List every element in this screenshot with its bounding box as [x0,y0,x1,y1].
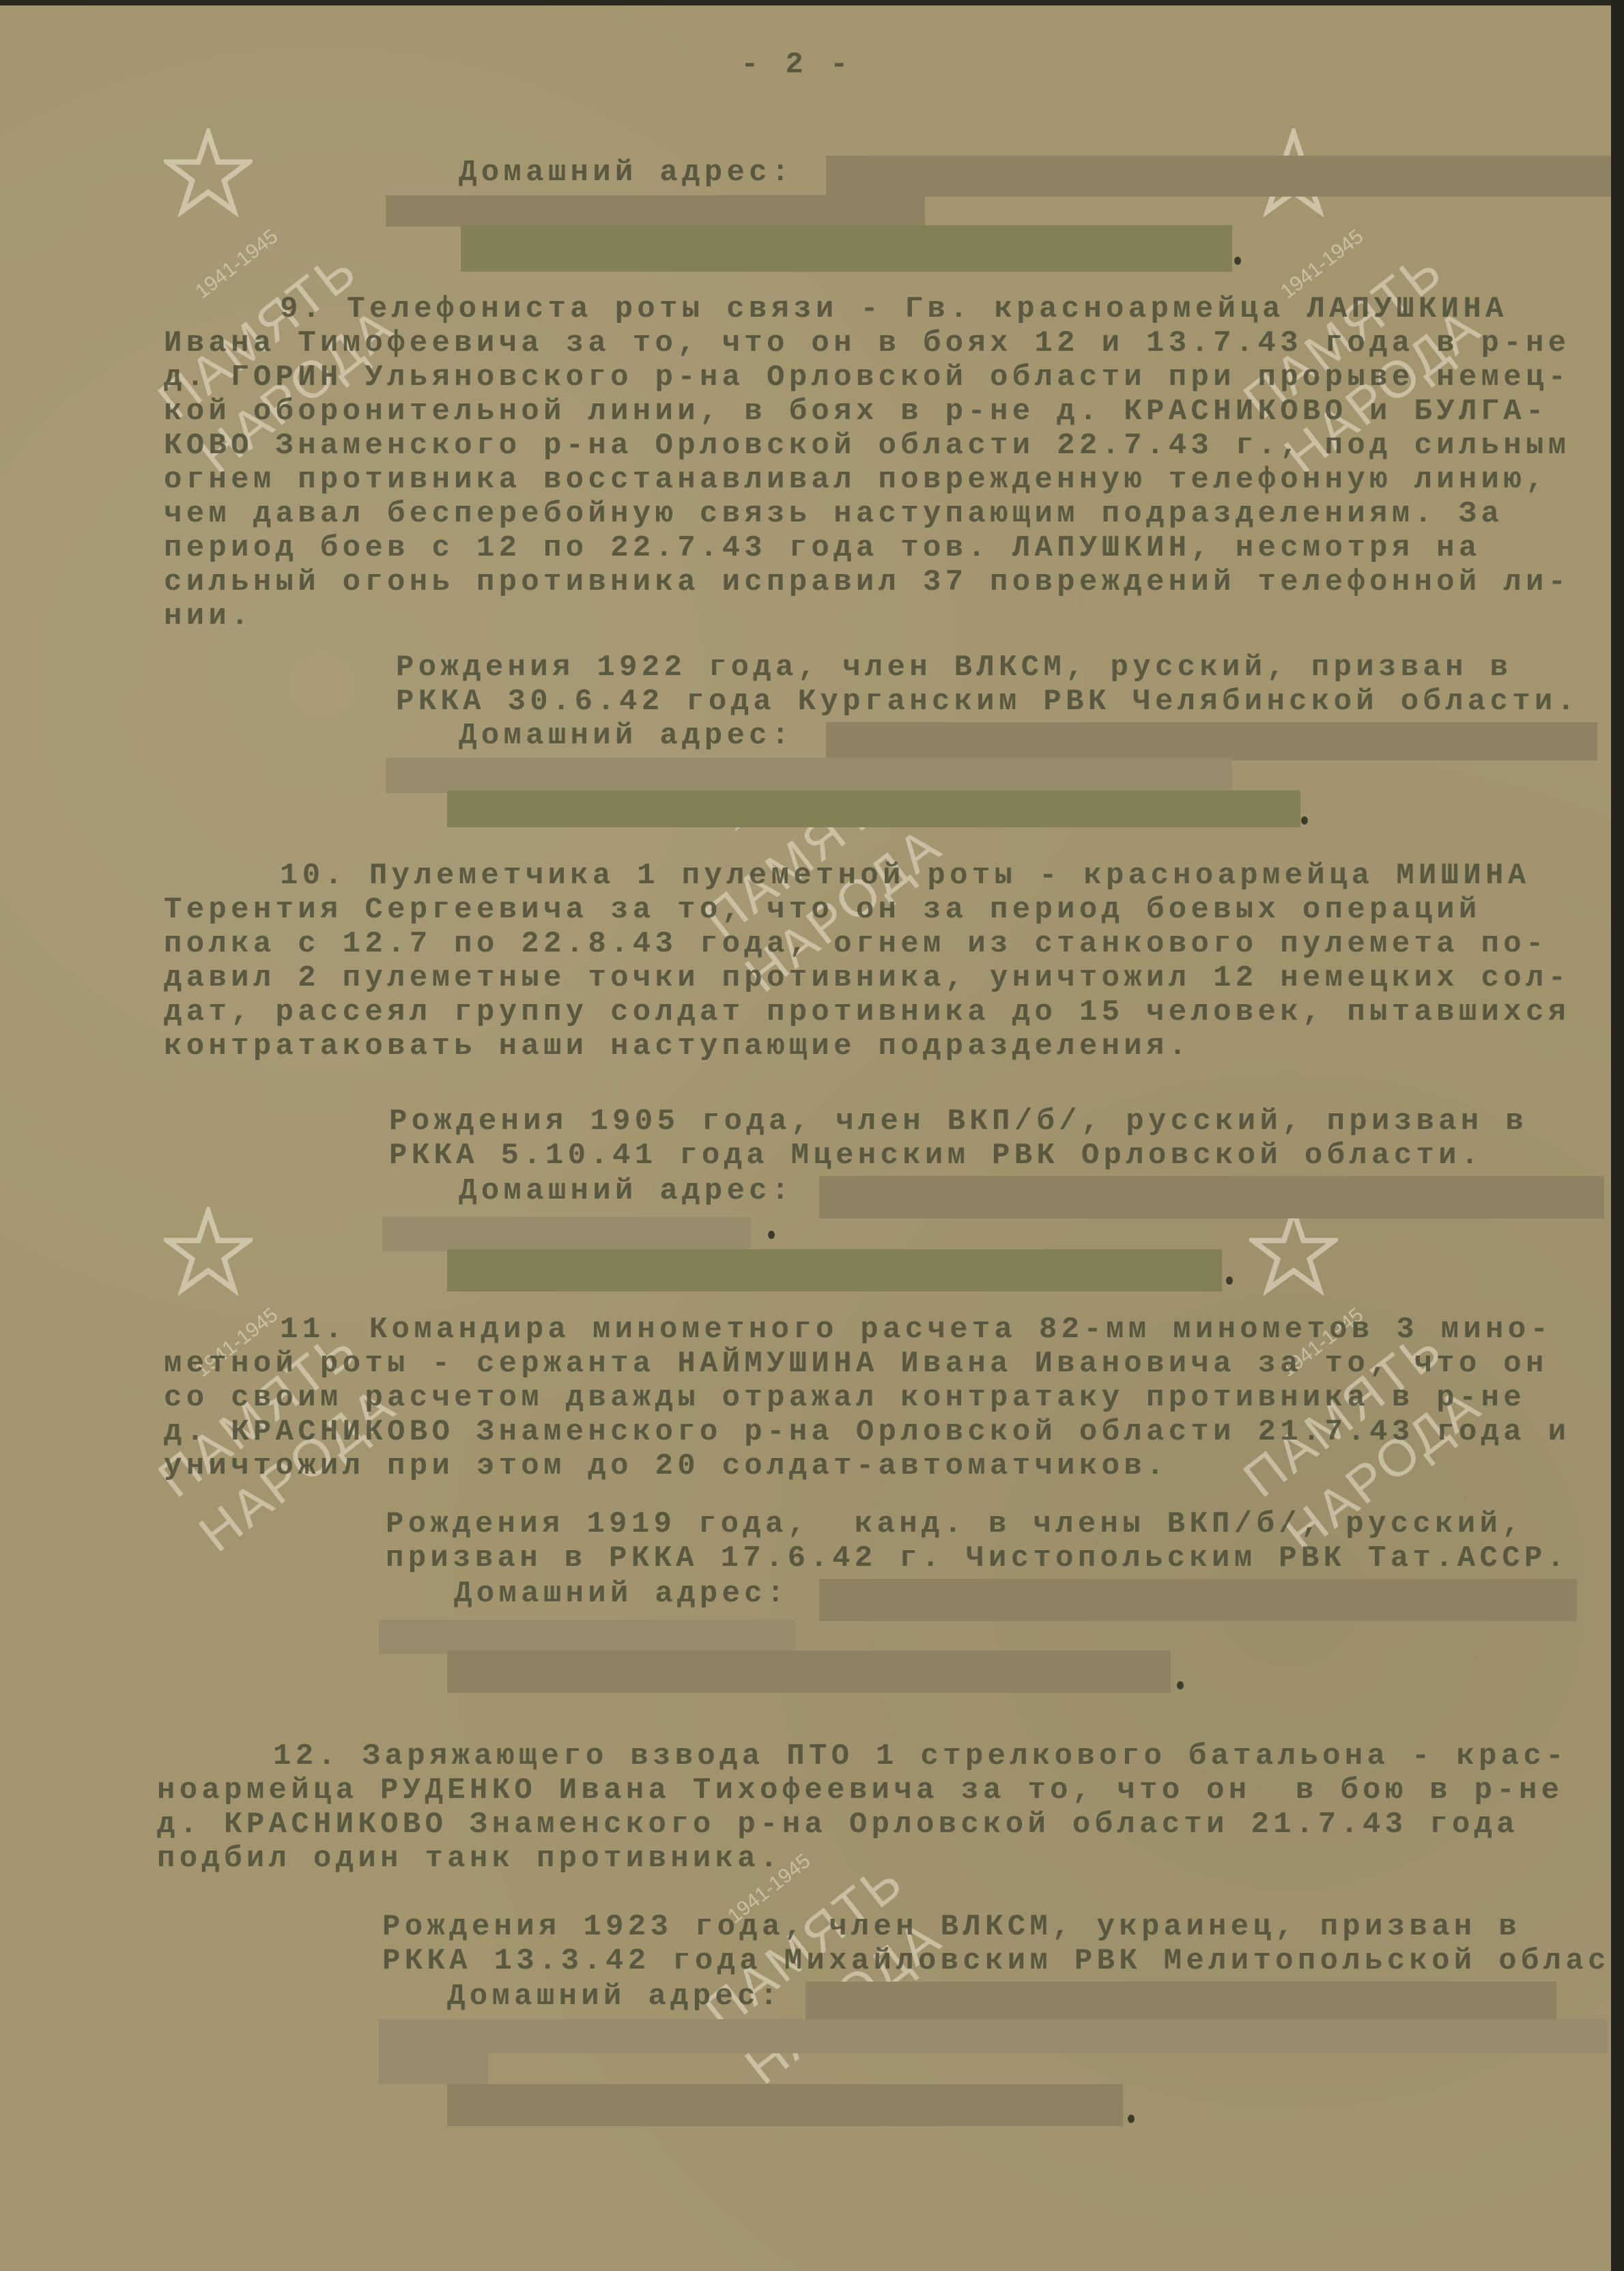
entry-line: период боев с 12 по 22.7.43 года тов. ЛА… [164,531,1481,565]
redaction-box [382,1217,751,1251]
bio-line: Рождения 1922 года, член ВЛКСМ, русский,… [396,651,1512,685]
entry-line: кой оборонительной линии, в боях в р-не … [164,395,1548,429]
watermark-star-icon [1249,1207,1338,1296]
period-mark [1301,816,1308,825]
page-number: - 2 - [741,48,853,82]
entry-line: контратаковать наши наступающие подразде… [164,1029,1191,1063]
entry-line: Терентия Сергеевича за то, что он за пер… [164,893,1481,927]
entry-line: ноармейца РУДЕНКО Ивана Тихофеевича за т… [157,1773,1563,1808]
address-label: Домашний адрес: [459,156,794,190]
redaction-box [819,1176,1604,1218]
redaction-box [379,1620,795,1654]
entry-line: давил 2 пулеметные точки противника, уни… [164,961,1570,995]
bio-line: Рождения 1919 года, канд. в члены ВКП/б/… [386,1507,1524,1541]
redaction-box [386,758,1232,793]
entry-line: д. ГОРИН Ульяновского р-на Орловской обл… [164,360,1570,395]
scan-top-edge [0,0,1624,5]
watermark-years: 1941-1945 [191,225,283,304]
entry-line: КОВО Знаменского р-на Орловской области … [164,429,1570,463]
bio-line: РККА 13.3.42 года Михайловским РВК Мелит… [382,1944,1611,1978]
redaction-box [819,1579,1577,1621]
watermark-star-icon [164,128,253,217]
address-label: Домашний адрес: [454,1577,789,1611]
entry-line: огнем противника восстанавливал поврежде… [164,463,1548,497]
entry-line: подбил один танк противника. [157,1842,782,1876]
period-mark [768,1231,775,1239]
redaction-box [447,2084,1123,2126]
redaction-box [386,195,925,227]
entry-line: нии. [164,599,253,633]
bio-line: Рождения 1905 года, член ВКП/б/, русский… [389,1104,1528,1139]
period-mark [1234,257,1241,265]
entry-line: д. КРАСНИКОВО Знаменского р-на Орловской… [157,1808,1519,1842]
entry-line: д. КРАСНИКОВО Знаменского р-на Орловской… [164,1415,1570,1449]
period-mark [1226,1276,1233,1285]
entry-line: уничтожил при этом до 20 солдат-автоматч… [164,1449,1169,1483]
bio-line: призван в РККА 17.6.42 г. Чистопольским … [386,1541,1569,1575]
entry-line: сильный огонь противника исправил 37 пов… [164,565,1570,599]
redaction-box [447,1651,1171,1693]
entry-line: со своим расчетом дважды отражал контрат… [164,1381,1526,1415]
bio-line: РККА 5.10.41 года Мценским РВК Орловской… [389,1139,1483,1173]
redaction-box [461,225,1232,272]
redaction-box [379,2019,1608,2053]
period-mark [1177,1681,1184,1689]
bio-line: РККА 30.6.42 года Курганским РВК Челябин… [396,685,1579,719]
entry-line: дат, рассеял группу солдат противника до… [164,995,1570,1029]
archival-document-page: 1941-1945 ПАМЯТЬ НАРОДА 1941-1945 ПАМЯТЬ… [0,5,1611,2271]
watermark-star-icon [164,1207,253,1296]
entry-line: Ивана Тимофеевича за то, что он в боях 1… [164,326,1570,360]
address-label: Домашний адрес: [447,1980,782,2014]
entry-line: 12. Заряжающего взвода ПТО 1 стрелкового… [273,1739,1568,1773]
redaction-box [447,790,1300,827]
redaction-box [806,1982,1556,2023]
entry-line: метной роты - сержанта НАЙМУШИНА Ивана И… [164,1347,1548,1381]
redaction-box [447,1249,1222,1291]
entry-line: 10. Пулеметчика 1 пулеметной роты - крас… [280,859,1530,893]
redaction-box [379,2050,488,2084]
entry-line: чем давал бесперебойную связь наступающи… [164,497,1503,531]
bio-line: Рождения 1923 года, член ВЛКСМ, украинец… [382,1910,1521,1944]
entry-line: 9. Телефониста роты связи - Гв. красноар… [280,292,1508,326]
entry-line: 11. Командира минометного расчета 82-мм … [280,1313,1552,1347]
address-label: Домашний адрес: [459,719,794,753]
redaction-box [826,722,1597,760]
entry-line: полка с 12.7 по 22.8.43 года, огнем из с… [164,927,1548,961]
period-mark [1128,2115,1135,2123]
redaction-box [826,156,1611,197]
scan-right-edge [1611,0,1624,2271]
address-label: Домашний адрес: [459,1174,794,1208]
